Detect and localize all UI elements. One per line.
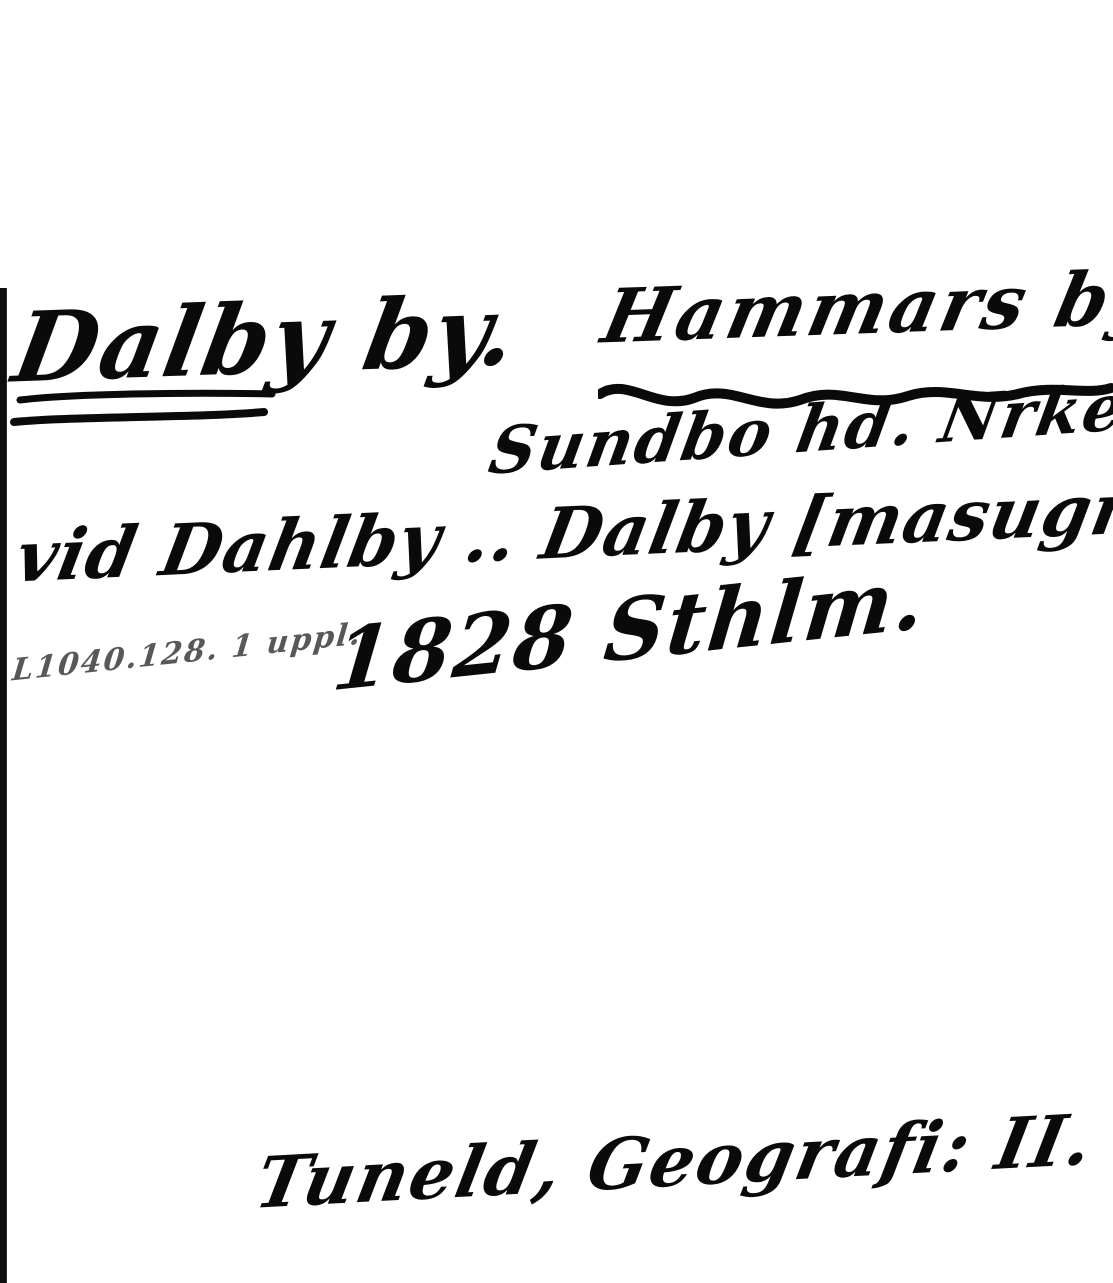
left-margin-rule [0,288,6,1283]
source-reference: Tuneld, Geografi: II. [250,1104,1100,1219]
place-title: Dalby by. [7,282,525,396]
document-card: Dalby by. Hammars by Sundbo hd. Nrke. vi… [0,0,1113,1283]
shelfmark-note: L1040.128. 1 uppl. [11,619,364,686]
title-double-underline [6,388,306,432]
body-entry-line: vid Dahlby .. Dalby [masugn] [11,471,1113,592]
cross-reference-title: Hammars by [596,261,1113,355]
